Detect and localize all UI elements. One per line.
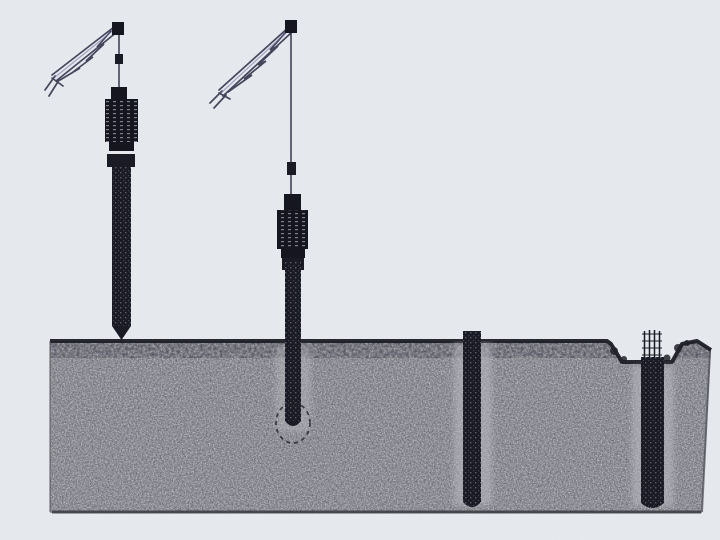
hammer-2-texture [277, 210, 308, 249]
hammer-1-texture [105, 99, 138, 142]
pulley-block-2 [285, 20, 297, 33]
stage3-pile-full-depth [463, 331, 481, 507]
pulley-block-1 [112, 22, 124, 35]
pile-3-shaft-texture [463, 331, 481, 507]
pile-2-shaft-texture [285, 262, 301, 422]
hammer-2-neck [284, 194, 301, 210]
hammer-2-anvil [281, 249, 305, 258]
hammer-1-anvil [109, 142, 134, 151]
cable-shackle-2 [287, 162, 296, 175]
pile-2 [282, 258, 304, 426]
pile-1-helmet [107, 154, 135, 167]
pile-driving-figure [0, 0, 720, 540]
soil-mass [50, 341, 711, 513]
cable-shackle-1 [115, 54, 123, 64]
ground-section [50, 340, 711, 513]
figure-canvas [0, 0, 720, 540]
pile-4-shaft-texture [641, 357, 664, 508]
pile-1-shaft-texture [112, 167, 131, 326]
hammer-1-neck [111, 87, 127, 99]
